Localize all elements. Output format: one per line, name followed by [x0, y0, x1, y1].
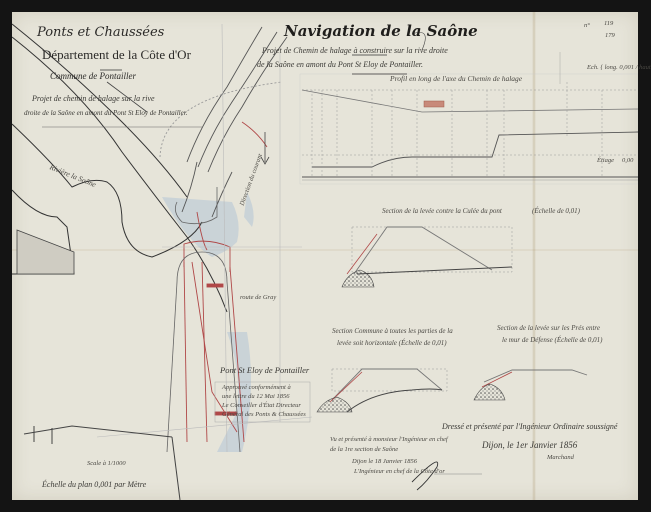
bridge-label: Pont St Eloy de Pontailler — [220, 365, 309, 375]
section-2-drawing — [317, 369, 447, 412]
visa-line-1: Vu et présenté à monsieur l'Ingénieur en… — [330, 436, 448, 443]
visa-line-4: L'Ingénieur en chef de la Côte d'or — [354, 468, 445, 475]
approval-line-3: Le Conseiller d'État Directeur — [222, 402, 301, 409]
section-3-title-2: le mur de Défense (Échelle de 0,01) — [502, 336, 603, 344]
ref-no: n° — [584, 22, 590, 29]
project-line-1: Projet de chemin de halage sur la rive — [32, 94, 155, 103]
section-1-title: Section de la levée contre la Culée du p… — [382, 207, 502, 215]
commune-title: Commune de Pontailler — [50, 71, 136, 81]
scale-note: Scale à 1/1000 — [87, 460, 126, 467]
drawing-sheet: Ponts et Chaussées Département de la Côt… — [12, 12, 638, 500]
section-1-scale: (Échelle de 0,01) — [532, 207, 580, 215]
road-label: route de Gray — [240, 294, 276, 301]
section-1-drawing — [342, 227, 512, 287]
section-2-title-1: Section Commune à toutes les parties de … — [332, 327, 453, 335]
signature-line-1: Dressé et présenté par l'Ingénieur Ordin… — [442, 422, 617, 431]
section-3-drawing — [474, 370, 587, 400]
profile-scale: Ech. { long. 0,001 / haut. 0,01 — [587, 64, 651, 71]
approval-line-4: Général des Ponts & Chaussées — [222, 411, 306, 418]
profile-title: Profil en long de l'axe du Chemin de hal… — [390, 74, 522, 83]
ref-1: 119 — [604, 20, 613, 27]
ref-2: 179 — [605, 32, 615, 39]
section-3-title-1: Section de la levée sur les Prés entre — [497, 324, 600, 332]
signature-name: Marchand — [547, 454, 574, 461]
subtitle-line-2: de la Saône en amont du Pont St Eloy de … — [257, 60, 423, 69]
signature-date: Dijon, le 1er Janvier 1856 — [482, 440, 577, 450]
department-title: Département de la Côte d'Or — [42, 47, 191, 63]
project-line-2: droite de la Saône en amont du Pont St E… — [24, 109, 187, 117]
section-2-title-2: levée soit horizontale (Échelle de 0,01) — [337, 339, 447, 347]
approval-line-2: une lettre du 12 Mai 1856 — [222, 393, 289, 400]
long-profile — [300, 52, 638, 184]
visa-line-3: Dijon le 18 Janvier 1856 — [352, 458, 417, 465]
profile-etiage-value: 0,00 — [622, 157, 633, 164]
approval-line-1: Approuvé conformément à — [222, 384, 291, 391]
visa-line-2: de la 1re section de Saône — [330, 446, 398, 453]
service-title: Ponts et Chaussées — [37, 25, 164, 40]
scale-caption: Échelle du plan 0,001 par Mètre — [42, 480, 146, 489]
profile-etiage: Étiage — [597, 157, 614, 164]
main-title: Navigation de la Saône — [284, 22, 478, 40]
subtitle-line-1: Projet de Chemin de halage à construire … — [262, 46, 448, 55]
